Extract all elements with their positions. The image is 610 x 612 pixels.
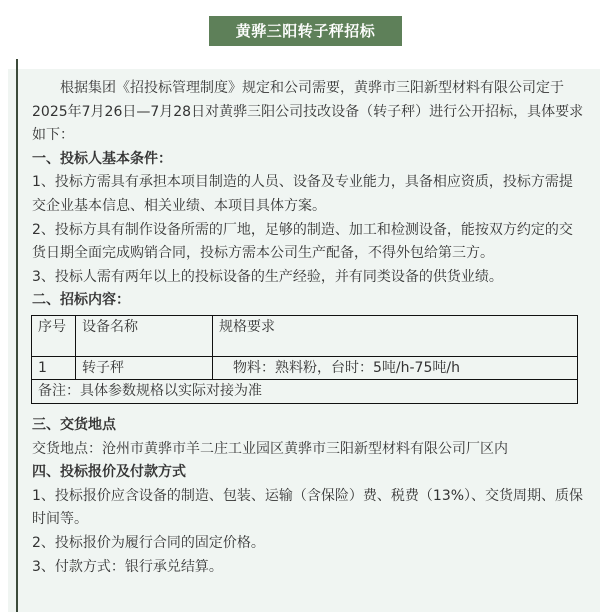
- section4-item-1: 1、投标报价应含设备的制造、包装、运输（含保险）费、税费（13%）、交货周期、质…: [32, 485, 584, 532]
- table-note: 备注：具体参数规格以实际对接为准: [32, 379, 578, 403]
- table-header-row: 序号 设备名称 规格要求: [32, 315, 578, 356]
- announcement-body: 根据集团《招投标管理制度》规定和公司需要，黄骅市三阳新型材料有限公司定于2025…: [32, 77, 584, 579]
- header-index: 序号: [32, 315, 76, 356]
- section3-heading: 三、交货地点: [32, 414, 584, 438]
- section4-heading: 四、投标报价及付款方式: [32, 461, 584, 485]
- page-title: 黄骅三阳转子秤招标: [209, 16, 402, 46]
- table-note-row: 备注：具体参数规格以实际对接为准: [32, 379, 578, 403]
- table-row: 1 转子秤 物料：熟料粉，台时：5吨/h-75吨/h: [32, 356, 578, 379]
- section1-item-2: 2、投标方具有制作设备所需的厂地，足够的制造、加工和检测设备，能按双方约定的交货…: [32, 219, 584, 266]
- section4-item-3: 3、付款方式：银行承兑结算。: [32, 556, 584, 580]
- section1-item-3: 3、投标人需有两年以上的投标设备的生产经验，并有同类设备的供货业绩。: [32, 266, 584, 290]
- cell-equipment-name: 转子秤: [76, 356, 213, 379]
- section1-heading: 一、投标人基本条件：: [32, 148, 584, 172]
- cell-index: 1: [32, 356, 76, 379]
- spacer: [32, 404, 584, 414]
- section2-heading: 二、招标内容：: [32, 289, 584, 313]
- section1-item-1: 1、投标方需具有承担本项目制造的人员、设备及专业能力，具备相应资质，投标方需提交…: [32, 171, 584, 218]
- header-spec: 规格要求: [213, 315, 578, 356]
- bid-items-table: 序号 设备名称 规格要求 1 转子秤 物料：熟料粉，台时：5吨/h-75吨/h …: [31, 315, 578, 404]
- header-equipment-name: 设备名称: [76, 315, 213, 356]
- delivery-location: 交货地点：沧州市黄骅市羊二庄工业园区黄骅市三阳新型材料有限公司厂区内: [32, 438, 584, 462]
- cell-spec: 物料：熟料粉，台时：5吨/h-75吨/h: [213, 356, 578, 379]
- section4-item-2: 2、投标报价为履行合同的固定价格。: [32, 532, 584, 556]
- intro-paragraph: 根据集团《招投标管理制度》规定和公司需要，黄骅市三阳新型材料有限公司定于2025…: [32, 77, 584, 148]
- left-accent-rule: [16, 59, 18, 612]
